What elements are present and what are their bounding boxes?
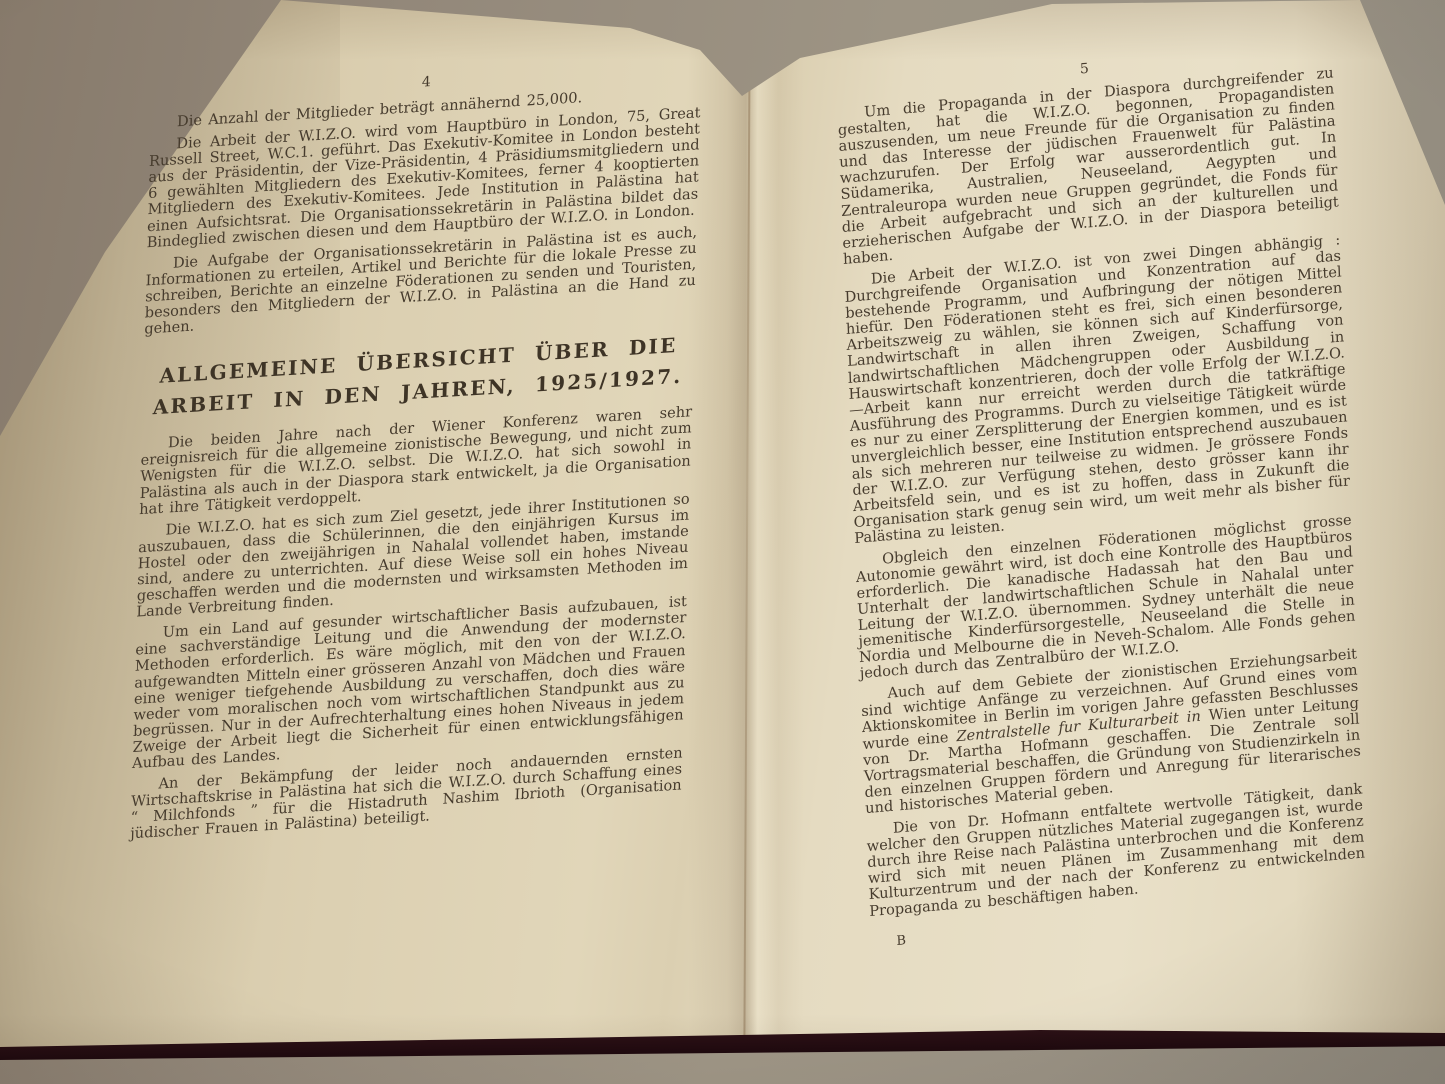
paragraph: Um ein Land auf gesunder wirtschaftliche… (132, 594, 687, 772)
spine-fold (688, 0, 804, 1084)
right-page-text: 5 Um die Propaganda in der Diaspora durc… (836, 40, 1367, 950)
paragraph: Die Arbeit der W.I.Z.O. ist von zwei Din… (844, 232, 1351, 547)
photo-scene: 4 Die Anzahl der Mitglieder beträgt annä… (0, 0, 1445, 1084)
left-page-text: 4 Die Anzahl der Mitglieder beträgt annä… (130, 58, 702, 849)
spine-crease-line (743, 0, 751, 1084)
